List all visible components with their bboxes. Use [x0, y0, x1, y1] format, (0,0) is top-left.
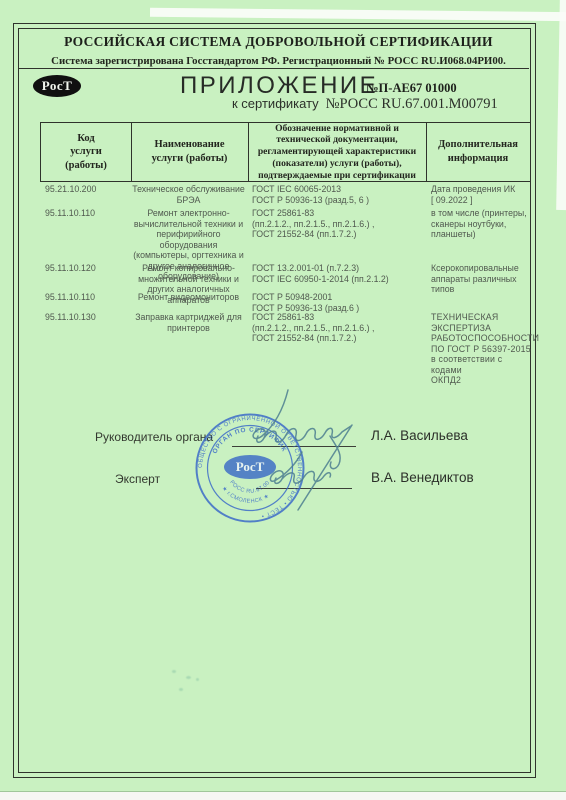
registration-line: Система зарегистрирована Госстандартом Р… [18, 55, 539, 67]
ink-bleed-mark [179, 688, 183, 691]
certificate-reference: к сертификату №РОСС RU.67.001.М00791 [232, 96, 498, 113]
rost-logo: РосТ [33, 75, 81, 97]
cell-code: 95.11.10.110 [45, 292, 129, 303]
signer-name-head: Л.А. Васильева [371, 428, 468, 443]
cell-code: 95.11.10.120 [45, 263, 129, 274]
ink-bleed-mark [186, 676, 191, 679]
cell-docs: ГОСТ 25861-83 (пп.2.1.2., пп.2.1.5., пп.… [252, 312, 428, 344]
cell-service-name: Техническое обслуживание БРЭА [130, 184, 247, 205]
cell-service-name: Заправка картриджей для принтеров [130, 312, 247, 333]
ink-bleed-mark [172, 670, 176, 673]
cell-docs: ГОСТ 25861-83 (пп.2.1.2., пп.2.1.5., пп.… [252, 208, 428, 240]
signature-expert-stroke [298, 425, 352, 510]
cell-code: 95.11.10.130 [45, 312, 129, 323]
cell-code: 95.21.10.200 [45, 184, 129, 195]
cell-info: в том числе (принтеры, сканеры ноутбуки,… [431, 208, 533, 240]
header-divider [19, 68, 529, 69]
certificate-number: №РОСС RU.67.001.М00791 [326, 96, 498, 113]
cell-docs: ГОСТ Р 50948-2001 ГОСТ Р 50936-13 (разд.… [252, 292, 428, 313]
signature-head [253, 390, 351, 442]
signature-expert [270, 452, 330, 483]
handwritten-signatures [180, 380, 380, 525]
rost-logo-text: РосТ [42, 78, 73, 94]
cell-info: Ксерокопировальные аппараты различных ти… [431, 263, 533, 295]
table-header: Код услуги (работы) Наименование услуги … [40, 122, 531, 182]
certificate-page: РОССИЙСКАЯ СИСТЕМА ДОБРОВОЛЬНОЙ СЕРТИФИК… [0, 0, 566, 800]
paper-bottom-edge [0, 791, 566, 792]
document-number: №П-АЕ67 01000 [366, 81, 457, 96]
ink-bleed-mark [196, 678, 199, 681]
certificate-prefix: к сертификату [232, 96, 319, 111]
cell-docs: ГОСТ 13.2.001-01 (п.7.2.3) ГОСТ IEC 6095… [252, 263, 428, 284]
column-header-code: Код услуги (работы) [41, 123, 131, 181]
cell-info: ТЕХНИЧЕСКАЯ ЭКСПЕРТИЗА РАБОТОСПОСОБНОСТИ… [431, 312, 533, 386]
column-header-service: Наименование услуги (работы) [131, 123, 248, 181]
column-header-info: Дополнительная информация [426, 123, 530, 181]
cell-docs: ГОСТ IEC 60065-2013 ГОСТ Р 50936-13 (раз… [252, 184, 428, 205]
signer-name-expert: В.А. Венедиктов [371, 470, 474, 485]
cell-service-name: Ремонт видеомониторов [130, 292, 247, 303]
signer-role-expert: Эксперт [115, 472, 160, 486]
cell-info: Дата проведения ИК [ 09.2022 ] [431, 184, 533, 205]
column-header-docs: Обозначение нормативной и технической до… [248, 123, 426, 181]
cell-code: 95.11.10.110 [45, 208, 129, 219]
system-title: РОССИЙСКАЯ СИСТЕМА ДОБРОВОЛЬНОЙ СЕРТИФИК… [18, 34, 539, 50]
